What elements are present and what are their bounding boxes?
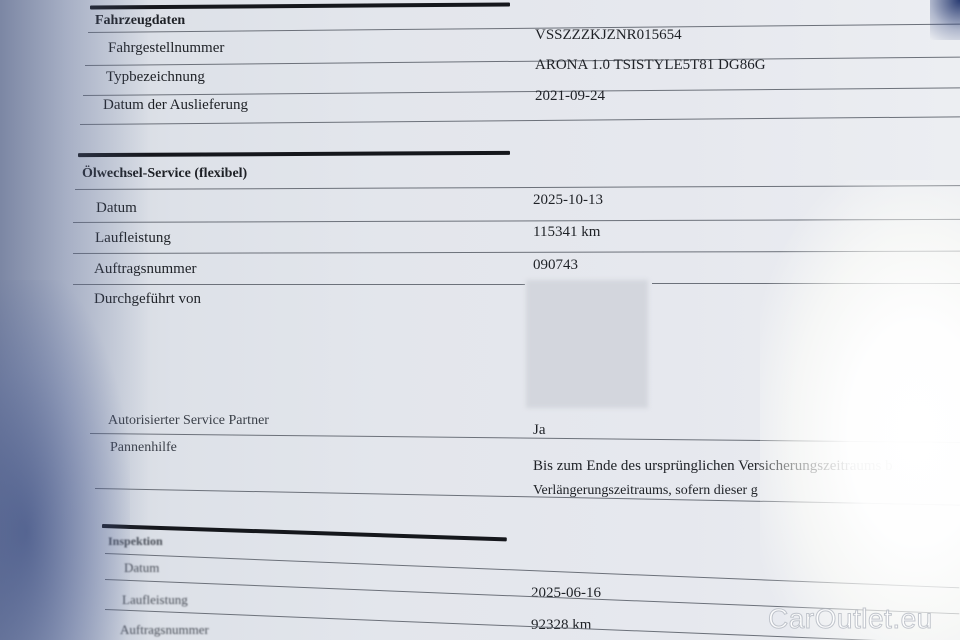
field-label-vin: Fahrgestellnummer	[108, 40, 224, 57]
field-label-delivery-date: Datum der Auslieferung	[103, 97, 248, 114]
section-title-oil-service: Ölwechsel-Service (flexibel)	[82, 166, 247, 182]
oil-label-mileage: Laufleistung	[95, 230, 171, 247]
oil-value-order-number: 090743	[533, 257, 578, 274]
row-rule	[73, 219, 960, 223]
oil-label-order-number: Auftragsnummer	[94, 261, 196, 278]
row-rule	[80, 116, 960, 125]
oil-label-roadside-assistance: Pannenhilfe	[110, 440, 177, 456]
redacted-dealer-block	[526, 280, 648, 408]
field-value-type: ARONA 1.0 TSISTYLE5T81 DG86G	[535, 57, 766, 74]
oil-value-date: 2025-10-13	[533, 192, 603, 209]
row-rule	[83, 87, 960, 96]
row-rule	[90, 433, 960, 443]
inspection-label-order-number: Auftragsnummer	[120, 622, 209, 638]
section-divider	[90, 3, 510, 10]
row-rule	[73, 284, 525, 285]
inspection-label-mileage: Laufleistung	[122, 592, 188, 608]
oil-value-authorized-partner: Ja	[533, 422, 546, 439]
row-rule	[88, 24, 960, 33]
row-rule	[95, 488, 960, 506]
field-label-type: Typbezeichnung	[106, 69, 205, 86]
inspection-label-date: Datum	[124, 560, 159, 576]
shadow-overlay	[930, 0, 960, 40]
section-title-vehicle: Fahrzeugdaten	[95, 13, 185, 29]
service-record-page: Fahrzeugdaten Fahrgestellnummer VSSZZZKJ…	[0, 0, 960, 640]
section-title-inspection: Inspektion	[108, 534, 163, 549]
field-value-vin: VSSZZZKJZNR015654	[535, 27, 682, 44]
oil-label-date: Datum	[96, 200, 137, 217]
row-rule	[85, 57, 960, 66]
row-rule	[652, 283, 960, 284]
row-rule	[75, 185, 960, 190]
watermark-logo: CarOutlet.eu	[768, 603, 933, 635]
oil-value-roadside-line1: Bis zum Ende des ursprünglichen Versiche…	[533, 458, 893, 475]
row-rule	[105, 553, 959, 588]
field-value-delivery-date: 2021-09-24	[535, 88, 605, 105]
oil-label-performed-by: Durchgeführt von	[94, 291, 201, 308]
row-rule	[73, 251, 960, 254]
oil-value-mileage: 115341 km	[533, 224, 600, 241]
oil-label-authorized-partner: Autorisierter Service Partner	[108, 413, 269, 429]
section-divider	[78, 151, 510, 157]
